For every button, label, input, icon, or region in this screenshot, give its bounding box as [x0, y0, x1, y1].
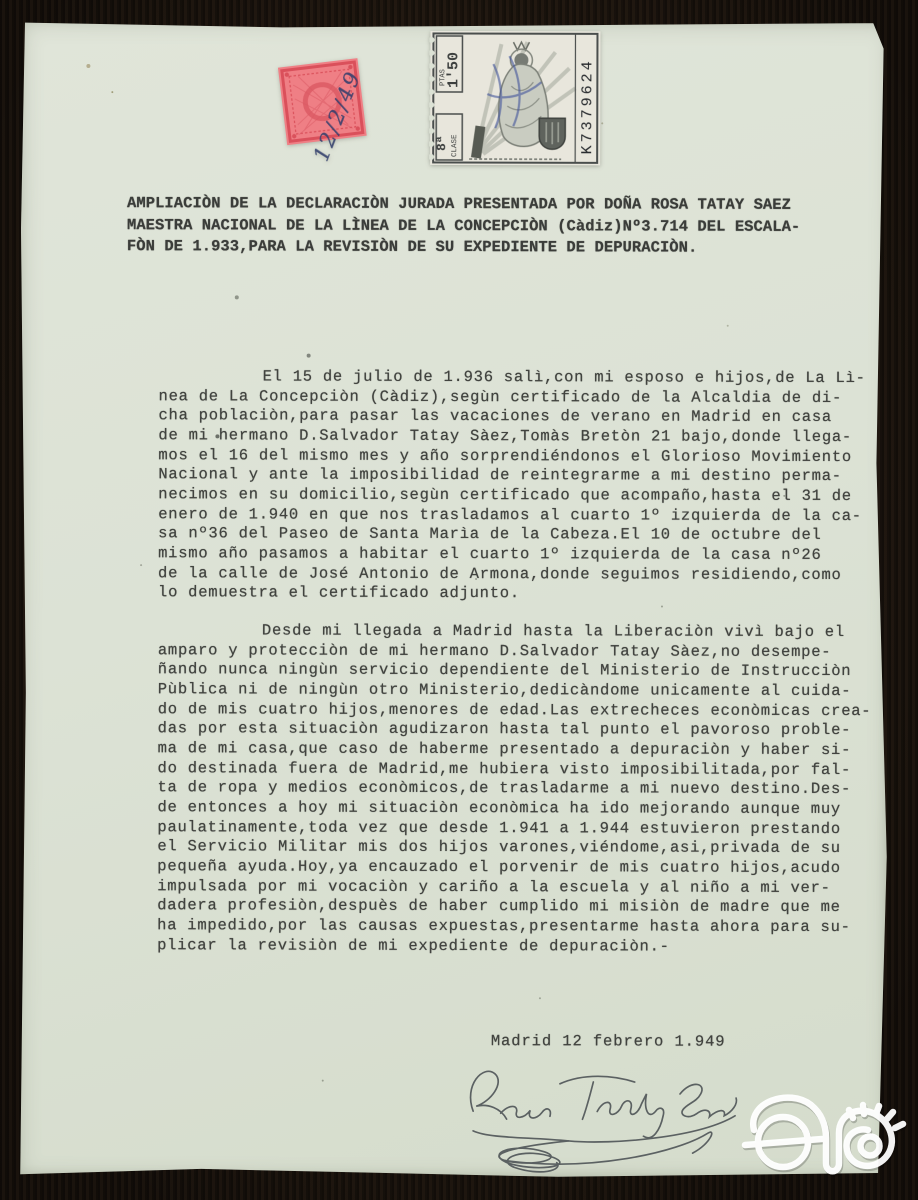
- text-line: pequeña ayuda.Hoy,ya encauzado el porven…: [157, 857, 881, 879]
- text-line: cha poblaciòn,para pasar las vacaciones …: [158, 407, 882, 429]
- fiscal-stamp: PTAS 1'50 8ª CLASE K7379624: [429, 30, 601, 166]
- document-page: 12/2/49: [18, 21, 891, 1181]
- stamp-serial: K7379624: [579, 58, 596, 154]
- text-line: Desde mi llegada a Madrid hasta la Liber…: [158, 621, 882, 643]
- text-line: necimos en su domicilio,segùn certificad…: [158, 485, 882, 507]
- text-line: amparo y protecciòn de mi hermano D.Salv…: [158, 641, 882, 663]
- text-line: El 15 de julio de 1.936 salì,con mi espo…: [159, 367, 883, 389]
- text-line: ta de ropa y medios econòmicos,de trasla…: [157, 778, 881, 800]
- stamp-class-number: 8ª: [434, 135, 449, 151]
- stamp-value: 1'50: [445, 52, 462, 88]
- signature-strokes-icon: [433, 1054, 768, 1183]
- text-line: do destinada fuera de Madrid,me hubiera …: [158, 759, 882, 781]
- text-line: dadera profesiòn,despuès de haber cumpli…: [157, 896, 881, 918]
- text-line: paulatinamente,toda vez que desde 1.941 …: [157, 818, 881, 840]
- signature: [433, 1054, 768, 1183]
- document-title: AMPLIACIÒN DE LA DECLARACIÒN JURADA PRES…: [127, 193, 827, 260]
- paper-specks: [22, 21, 24, 23]
- text-line: de mi hermano D.Salvador Tatay Sàez,Tomà…: [158, 426, 882, 448]
- text-line: mos el 16 del mismo mes y año sorprendié…: [158, 446, 882, 468]
- revenue-stamp-red: 12/2/49: [277, 57, 368, 146]
- stamp-class-word: CLASE: [451, 134, 459, 157]
- paragraph-1: El 15 de julio de 1.936 salì,con mi espo…: [158, 367, 883, 605]
- paragraph-2: Desde mi llegada a Madrid hasta la Liber…: [157, 621, 882, 957]
- text-line: FÒN DE 1.933,PARA LA REVISIÒN DE SU EXPE…: [127, 236, 827, 259]
- text-line: impulsada por mi vocaciòn y cariño a la …: [157, 877, 881, 899]
- text-line: do de mis cuatro hijos,menores de edad.L…: [158, 700, 882, 722]
- scan-background: 12/2/49: [0, 0, 918, 1200]
- date-line: Madrid 12 febrero 1.949: [491, 1032, 726, 1051]
- eyes-spectacles-logo-icon: [733, 1086, 910, 1184]
- text-line: mismo año pasamos a habitar el cuarto 1º…: [158, 544, 882, 566]
- text-line: das por esta situaciòn agudizaron hasta …: [158, 720, 882, 742]
- text-line: nea de La Concepciòn (Càdiz),segùn certi…: [159, 387, 883, 409]
- text-line: el Servicio Militar mis dos hijos varone…: [157, 837, 881, 859]
- text-line: ha impedido,por las causas expuestas,pre…: [157, 916, 881, 938]
- text-line: Nacional y ante la imposibilidad de rein…: [158, 466, 882, 488]
- text-line: Pùblica ni de ningùn otro Ministerio,ded…: [158, 680, 882, 702]
- text-line: lo demuestra el certificado adjunto.: [158, 583, 882, 605]
- text-line: plicar la revisiòn de mi expediente de d…: [157, 936, 881, 958]
- text-line: MAESTRA NACIONAL DE LA LÌNEA DE LA CONCE…: [127, 215, 827, 238]
- text-line: de entonces a hoy mi situaciòn econòmica…: [157, 798, 881, 820]
- text-line: ñando nunca ningùn servicio dependiente …: [158, 661, 882, 683]
- fiscal-stamp-art-icon: PTAS 1'50 8ª CLASE K7379624: [429, 30, 601, 166]
- text-line: ma de mi casa,que caso de haberme presen…: [158, 739, 882, 761]
- text-line: de la calle de José Antonio de Armona,do…: [158, 564, 882, 586]
- text-line: enero de 1.940 en que nos trasladamos al…: [158, 505, 882, 527]
- text-line: sa nº36 del Paseo de Santa Marìa de la C…: [158, 524, 882, 546]
- text-line: AMPLIACIÒN DE LA DECLARACIÒN JURADA PRES…: [127, 193, 827, 216]
